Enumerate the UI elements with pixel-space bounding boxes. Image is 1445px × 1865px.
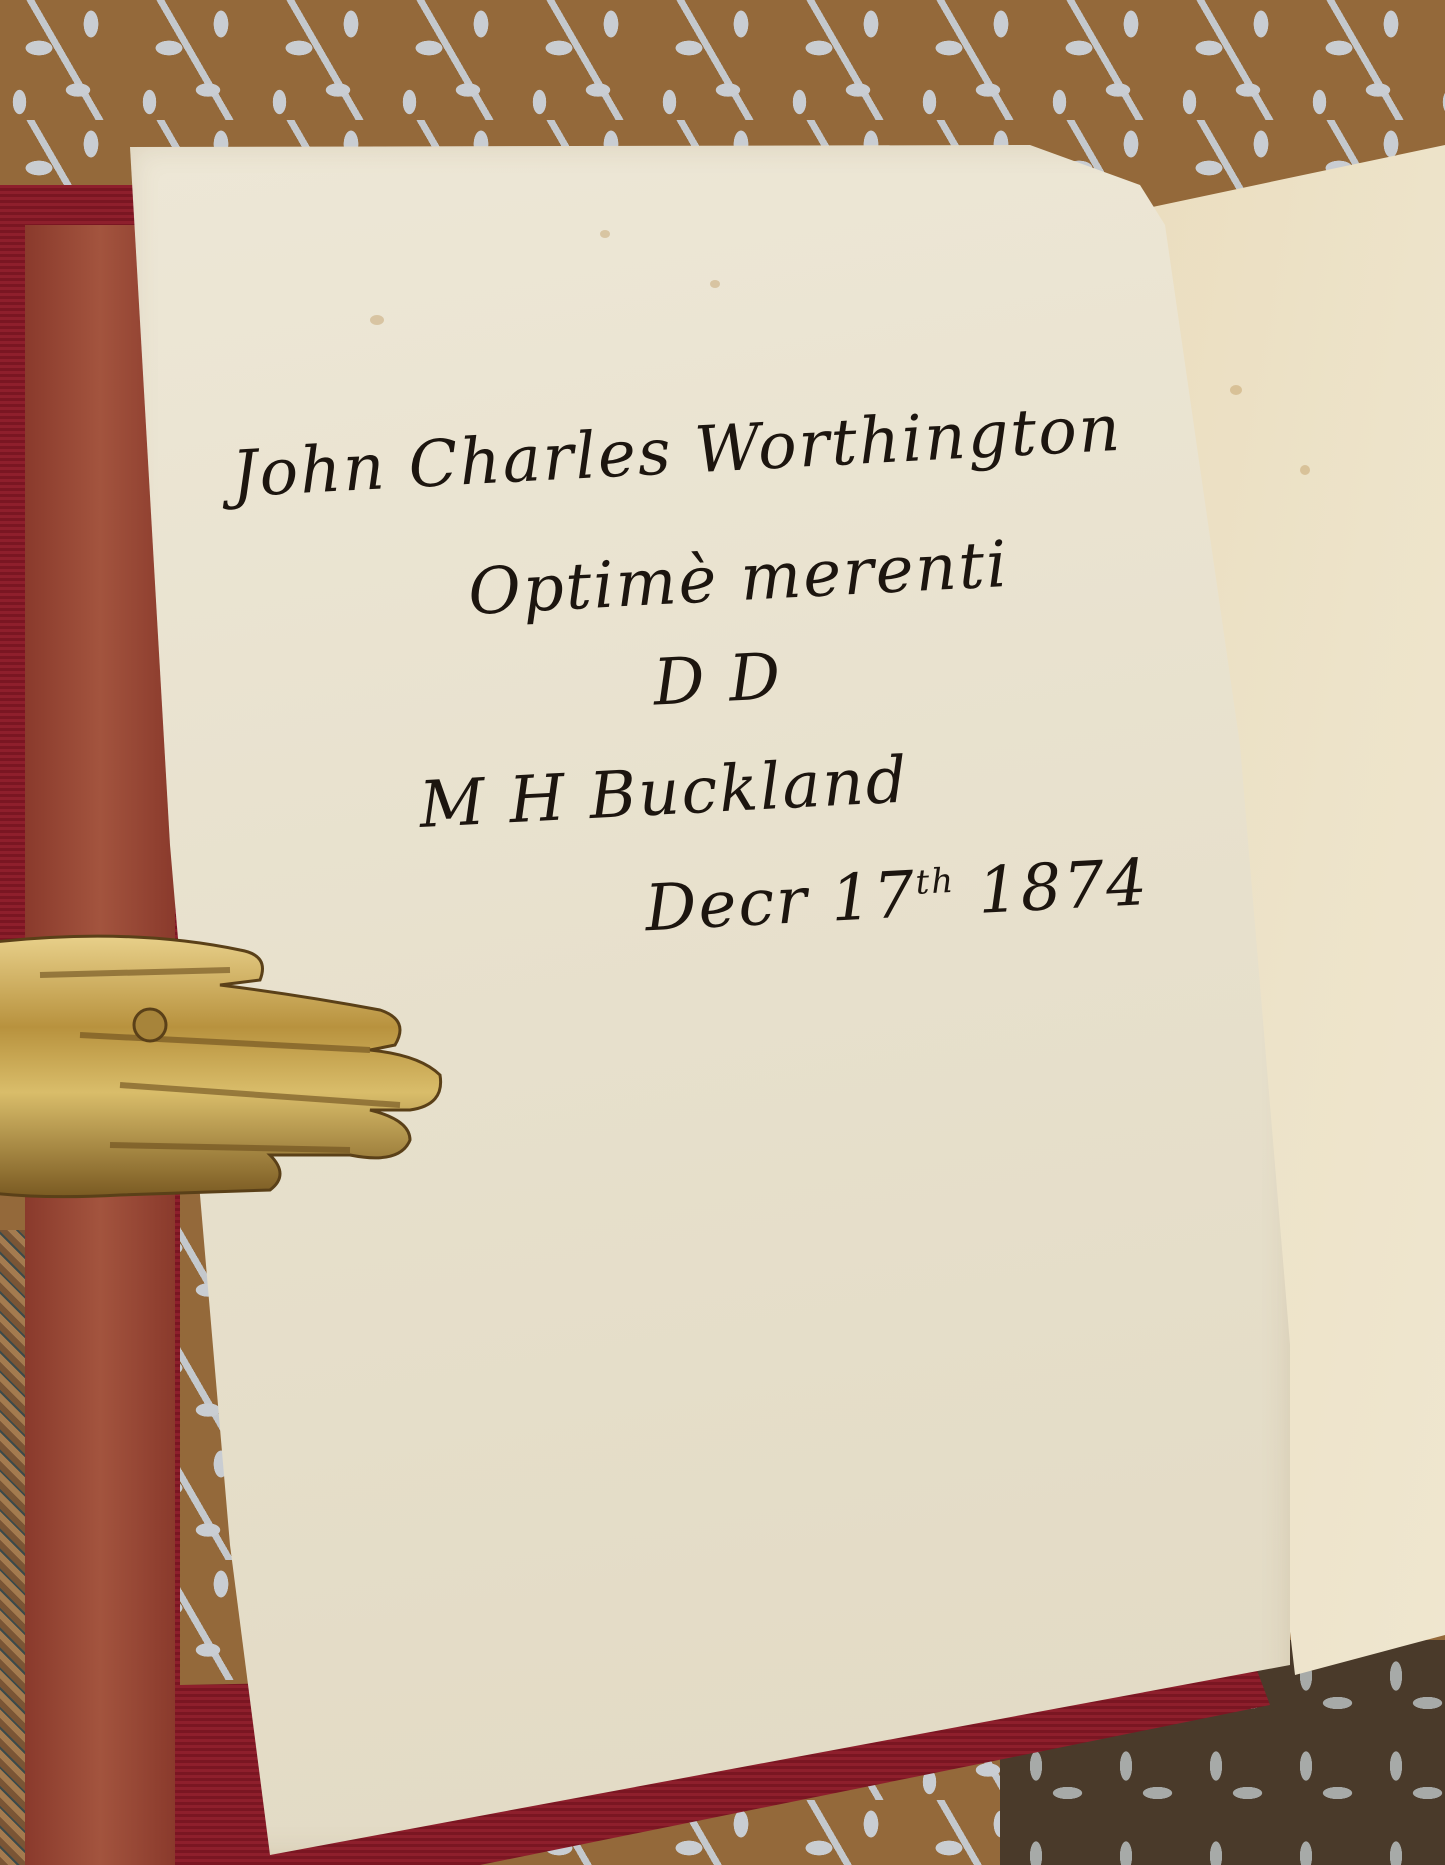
inscription-dd: D D — [651, 640, 784, 721]
brass-hand-icon — [0, 925, 450, 1230]
foxing-spot — [370, 315, 384, 325]
foxing-spot — [1230, 385, 1242, 395]
foxing-spot — [600, 230, 610, 238]
ring-detail — [134, 1009, 166, 1041]
foxing-spot — [1300, 465, 1310, 475]
foxing-spot — [710, 280, 720, 288]
